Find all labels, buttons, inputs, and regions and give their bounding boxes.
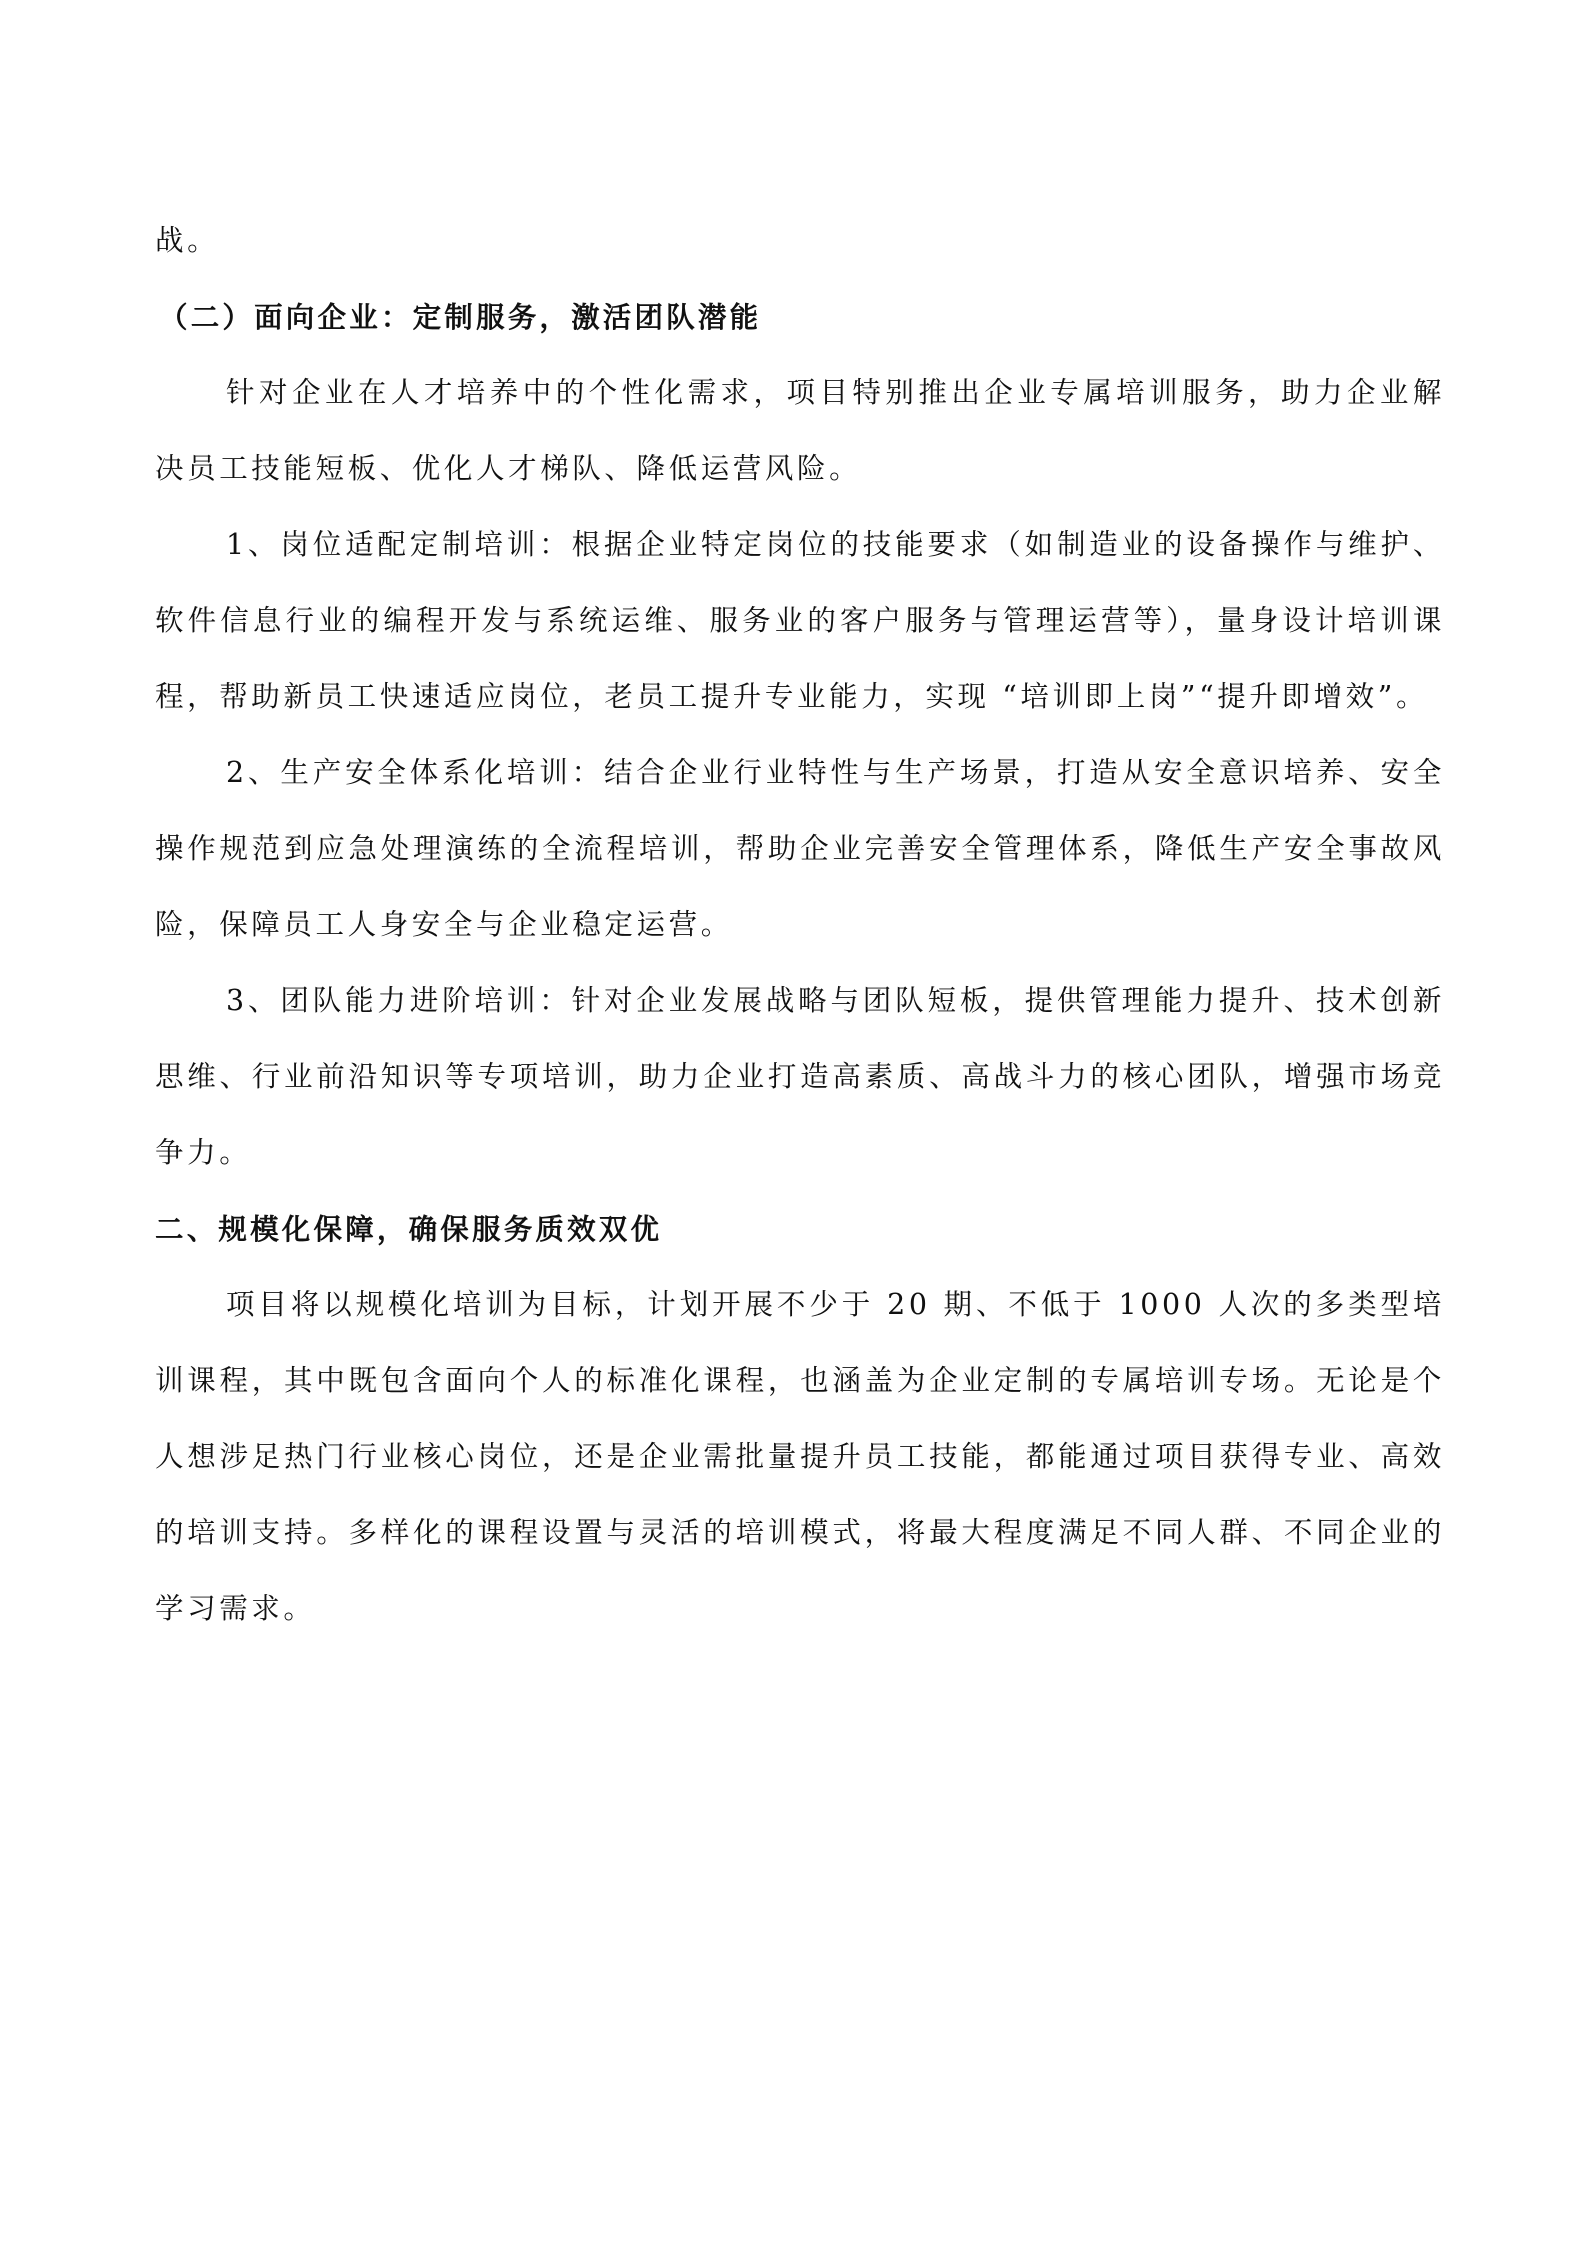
intro-paragraph: 针对企业在人才培养中的个性化需求，项目特别推出企业专属培训服务，助力企业解决员工…: [155, 355, 1445, 507]
list-item-1: 1、岗位适配定制培训：根据企业特定岗位的技能要求（如制造业的设备操作与维护、软件…: [155, 507, 1445, 735]
list-item-2: 2、生产安全体系化培训：结合企业行业特性与生产场景，打造从安全意识培养、安全操作…: [155, 735, 1445, 963]
closing-paragraph: 项目将以规模化培训为目标，计划开展不少于 20 期、不低于 1000 人次的多类…: [155, 1267, 1445, 1647]
list-item-text: 岗位适配定制培训：根据企业特定岗位的技能要求（如制造业的设备操作与维护、软件信息…: [155, 528, 1445, 713]
section-main-heading: 二、规模化保障，确保服务质效双优: [155, 1191, 1445, 1267]
list-item-number: 3、: [226, 984, 280, 1017]
continuation-text: 战。: [155, 203, 1445, 279]
section-sub-heading: （二）面向企业：定制服务，激活团队潜能: [155, 279, 1445, 355]
list-item-number: 2、: [226, 756, 280, 789]
list-item-text: 生产安全体系化培训：结合企业行业特性与生产场景，打造从安全意识培养、安全操作规范…: [155, 756, 1445, 941]
list-item-number: 1、: [226, 528, 280, 561]
list-item-text: 团队能力进阶培训：针对企业发展战略与团队短板，提供管理能力提升、技术创新思维、行…: [155, 984, 1445, 1169]
document-page: 战。 （二）面向企业：定制服务，激活团队潜能 针对企业在人才培养中的个性化需求，…: [155, 203, 1445, 1647]
list-item-3: 3、团队能力进阶培训：针对企业发展战略与团队短板，提供管理能力提升、技术创新思维…: [155, 963, 1445, 1191]
